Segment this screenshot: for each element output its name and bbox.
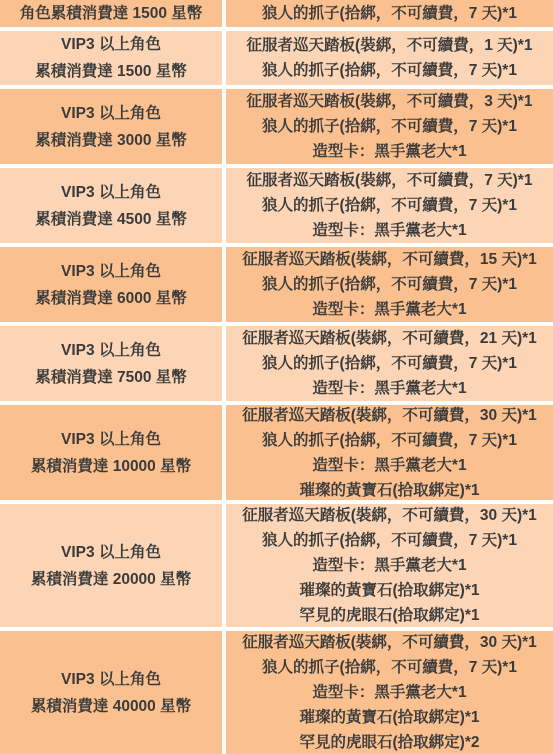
condition-cell: VIP3 以上角色 累積消費達 6000 星幣 xyxy=(0,247,226,322)
reward-item: 造型卡：黑手黨老大*1 xyxy=(226,218,553,243)
rewards-cell: 征服者巡天踏板(裝綁，不可續費，21 天)*1 狼人的抓子(拾綁，不可續費，7 … xyxy=(226,326,553,401)
condition-line: VIP3 以上角色 xyxy=(0,100,222,127)
condition-line: VIP3 以上角色 xyxy=(0,426,222,453)
vip-rewards-table: 角色累積消費達 1500 星幣 狼人的抓子(拾綁，不可續費，7 天)*1 VIP… xyxy=(0,0,553,754)
condition-line: 累積消費達 7500 星幣 xyxy=(0,364,222,391)
rewards-cell: 征服者巡天踏板(裝綁，不可續費，7 天)*1 狼人的抓子(拾綁，不可續費，7 天… xyxy=(226,168,553,243)
condition-line: 累積消費達 10000 星幣 xyxy=(0,453,222,480)
condition-cell: VIP3 以上角色 累積消費達 4500 星幣 xyxy=(0,168,226,243)
condition-line: VIP3 以上角色 xyxy=(0,539,222,566)
condition-cell: VIP3 以上角色 累積消費達 40000 星幣 xyxy=(0,631,226,754)
table-row: VIP3 以上角色 累積消費達 20000 星幣 征服者巡天踏板(裝綁，不可續費… xyxy=(0,504,553,631)
rewards-cell: 征服者巡天踏板(裝綁，不可續費，30 天)*1 狼人的抓子(拾綁，不可續費，7 … xyxy=(226,504,553,627)
condition-line: VIP3 以上角色 xyxy=(0,31,222,58)
condition-cell: VIP3 以上角色 累積消費達 7500 星幣 xyxy=(0,326,226,401)
reward-item: 造型卡：黑手黨老大*1 xyxy=(226,376,553,401)
reward-item: 狼人的抓子(拾綁，不可續費，7 天)*1 xyxy=(226,114,553,139)
reward-item: 狼人的抓子(拾綁，不可續費，7 天)*1 xyxy=(226,528,553,553)
reward-item: 征服者巡天踏板(裝綁，不可續費，1 天)*1 xyxy=(226,33,553,58)
rewards-cell: 征服者巡天踏板(裝綁，不可續費，1 天)*1 狼人的抓子(拾綁，不可續費，7 天… xyxy=(226,31,553,85)
reward-item: 造型卡：黑手黨老大*1 xyxy=(226,680,553,705)
reward-item: 征服者巡天踏板(裝綁，不可續費，3 天)*1 xyxy=(226,89,553,114)
reward-item: 造型卡：黑手黨老大*1 xyxy=(226,553,553,578)
reward-item: 狼人的抓子(拾綁，不可續費，7 天)*1 xyxy=(226,1,553,26)
condition-line: VIP3 以上角色 xyxy=(0,258,222,285)
condition-line: VIP3 以上角色 xyxy=(0,337,222,364)
reward-item: 璀璨的黃寶石(拾取綁定)*1 xyxy=(226,578,553,603)
table-row: VIP3 以上角色 累積消費達 1500 星幣 征服者巡天踏板(裝綁，不可續費，… xyxy=(0,31,553,89)
table-row: 角色累積消費達 1500 星幣 狼人的抓子(拾綁，不可續費，7 天)*1 xyxy=(0,0,553,31)
reward-item: 造型卡：黑手黨老大*1 xyxy=(226,139,553,164)
table-row: VIP3 以上角色 累積消費達 7500 星幣 征服者巡天踏板(裝綁，不可續費，… xyxy=(0,326,553,405)
condition-line: VIP3 以上角色 xyxy=(0,666,222,693)
condition-line: 累積消費達 20000 星幣 xyxy=(0,566,222,593)
condition-line: VIP3 以上角色 xyxy=(0,179,222,206)
condition-line: 角色累積消費達 1500 星幣 xyxy=(0,0,222,27)
reward-item: 罕見的虎眼石(拾取綁定)*1 xyxy=(226,603,553,627)
reward-item: 狼人的抓子(拾綁，不可續費，7 天)*1 xyxy=(226,272,553,297)
condition-line: 累積消費達 6000 星幣 xyxy=(0,285,222,312)
rewards-cell: 征服者巡天踏板(裝綁，不可續費，30 天)*1 狼人的抓子(拾綁，不可續費，7 … xyxy=(226,405,553,500)
reward-item: 征服者巡天踏板(裝綁，不可續費，15 天)*1 xyxy=(226,247,553,272)
rewards-cell: 狼人的抓子(拾綁，不可續費，7 天)*1 xyxy=(226,0,553,27)
reward-item: 璀璨的黃寶石(拾取綁定)*1 xyxy=(226,705,553,730)
condition-line: 累積消費達 40000 星幣 xyxy=(0,693,222,720)
condition-line: 累積消費達 1500 星幣 xyxy=(0,58,222,85)
reward-item: 狼人的抓子(拾綁，不可續費，7 天)*1 xyxy=(226,193,553,218)
rewards-cell: 征服者巡天踏板(裝綁，不可續費，3 天)*1 狼人的抓子(拾綁，不可續費，7 天… xyxy=(226,89,553,164)
table-row: VIP3 以上角色 累積消費達 10000 星幣 征服者巡天踏板(裝綁，不可續費… xyxy=(0,405,553,504)
reward-item: 征服者巡天踏板(裝綁，不可續費，30 天)*1 xyxy=(226,504,553,528)
condition-cell: VIP3 以上角色 累積消費達 20000 星幣 xyxy=(0,504,226,627)
reward-item: 狼人的抓子(拾綁，不可續費，7 天)*1 xyxy=(226,58,553,83)
reward-item: 造型卡：黑手黨老大*1 xyxy=(226,453,553,478)
table-row: VIP3 以上角色 累積消費達 4500 星幣 征服者巡天踏板(裝綁，不可續費，… xyxy=(0,168,553,247)
condition-line: 累積消費達 3000 星幣 xyxy=(0,127,222,154)
reward-item: 狼人的抓子(拾綁，不可續費，7 天)*1 xyxy=(226,655,553,680)
rewards-cell: 征服者巡天踏板(裝綁，不可續費，15 天)*1 狼人的抓子(拾綁，不可續費，7 … xyxy=(226,247,553,322)
reward-item: 征服者巡天踏板(裝綁，不可續費，30 天)*1 xyxy=(226,405,553,428)
reward-item: 征服者巡天踏板(裝綁，不可續費，30 天)*1 xyxy=(226,631,553,655)
table-row: VIP3 以上角色 累積消費達 40000 星幣 征服者巡天踏板(裝綁，不可續費… xyxy=(0,631,553,754)
reward-item: 征服者巡天踏板(裝綁，不可續費，21 天)*1 xyxy=(226,326,553,351)
condition-line: 累積消費達 4500 星幣 xyxy=(0,206,222,233)
condition-cell: VIP3 以上角色 累積消費達 1500 星幣 xyxy=(0,31,226,85)
reward-item: 造型卡：黑手黨老大*1 xyxy=(226,297,553,322)
reward-item: 征服者巡天踏板(裝綁，不可續費，7 天)*1 xyxy=(226,168,553,193)
condition-cell: 角色累積消費達 1500 星幣 xyxy=(0,0,226,27)
reward-item: 罕見的虎眼石(拾取綁定)*2 xyxy=(226,730,553,754)
condition-cell: VIP3 以上角色 累積消費達 3000 星幣 xyxy=(0,89,226,164)
rewards-cell: 征服者巡天踏板(裝綁，不可續費，30 天)*1 狼人的抓子(拾綁，不可續費，7 … xyxy=(226,631,553,754)
condition-cell: VIP3 以上角色 累積消費達 10000 星幣 xyxy=(0,405,226,500)
reward-item: 狼人的抓子(拾綁，不可續費，7 天)*1 xyxy=(226,351,553,376)
table-row: VIP3 以上角色 累積消費達 6000 星幣 征服者巡天踏板(裝綁，不可續費，… xyxy=(0,247,553,326)
reward-item: 璀璨的黃寶石(拾取綁定)*1 xyxy=(226,478,553,501)
reward-item: 狼人的抓子(拾綁，不可續費，7 天)*1 xyxy=(226,428,553,453)
table-row: VIP3 以上角色 累積消費達 3000 星幣 征服者巡天踏板(裝綁，不可續費，… xyxy=(0,89,553,168)
